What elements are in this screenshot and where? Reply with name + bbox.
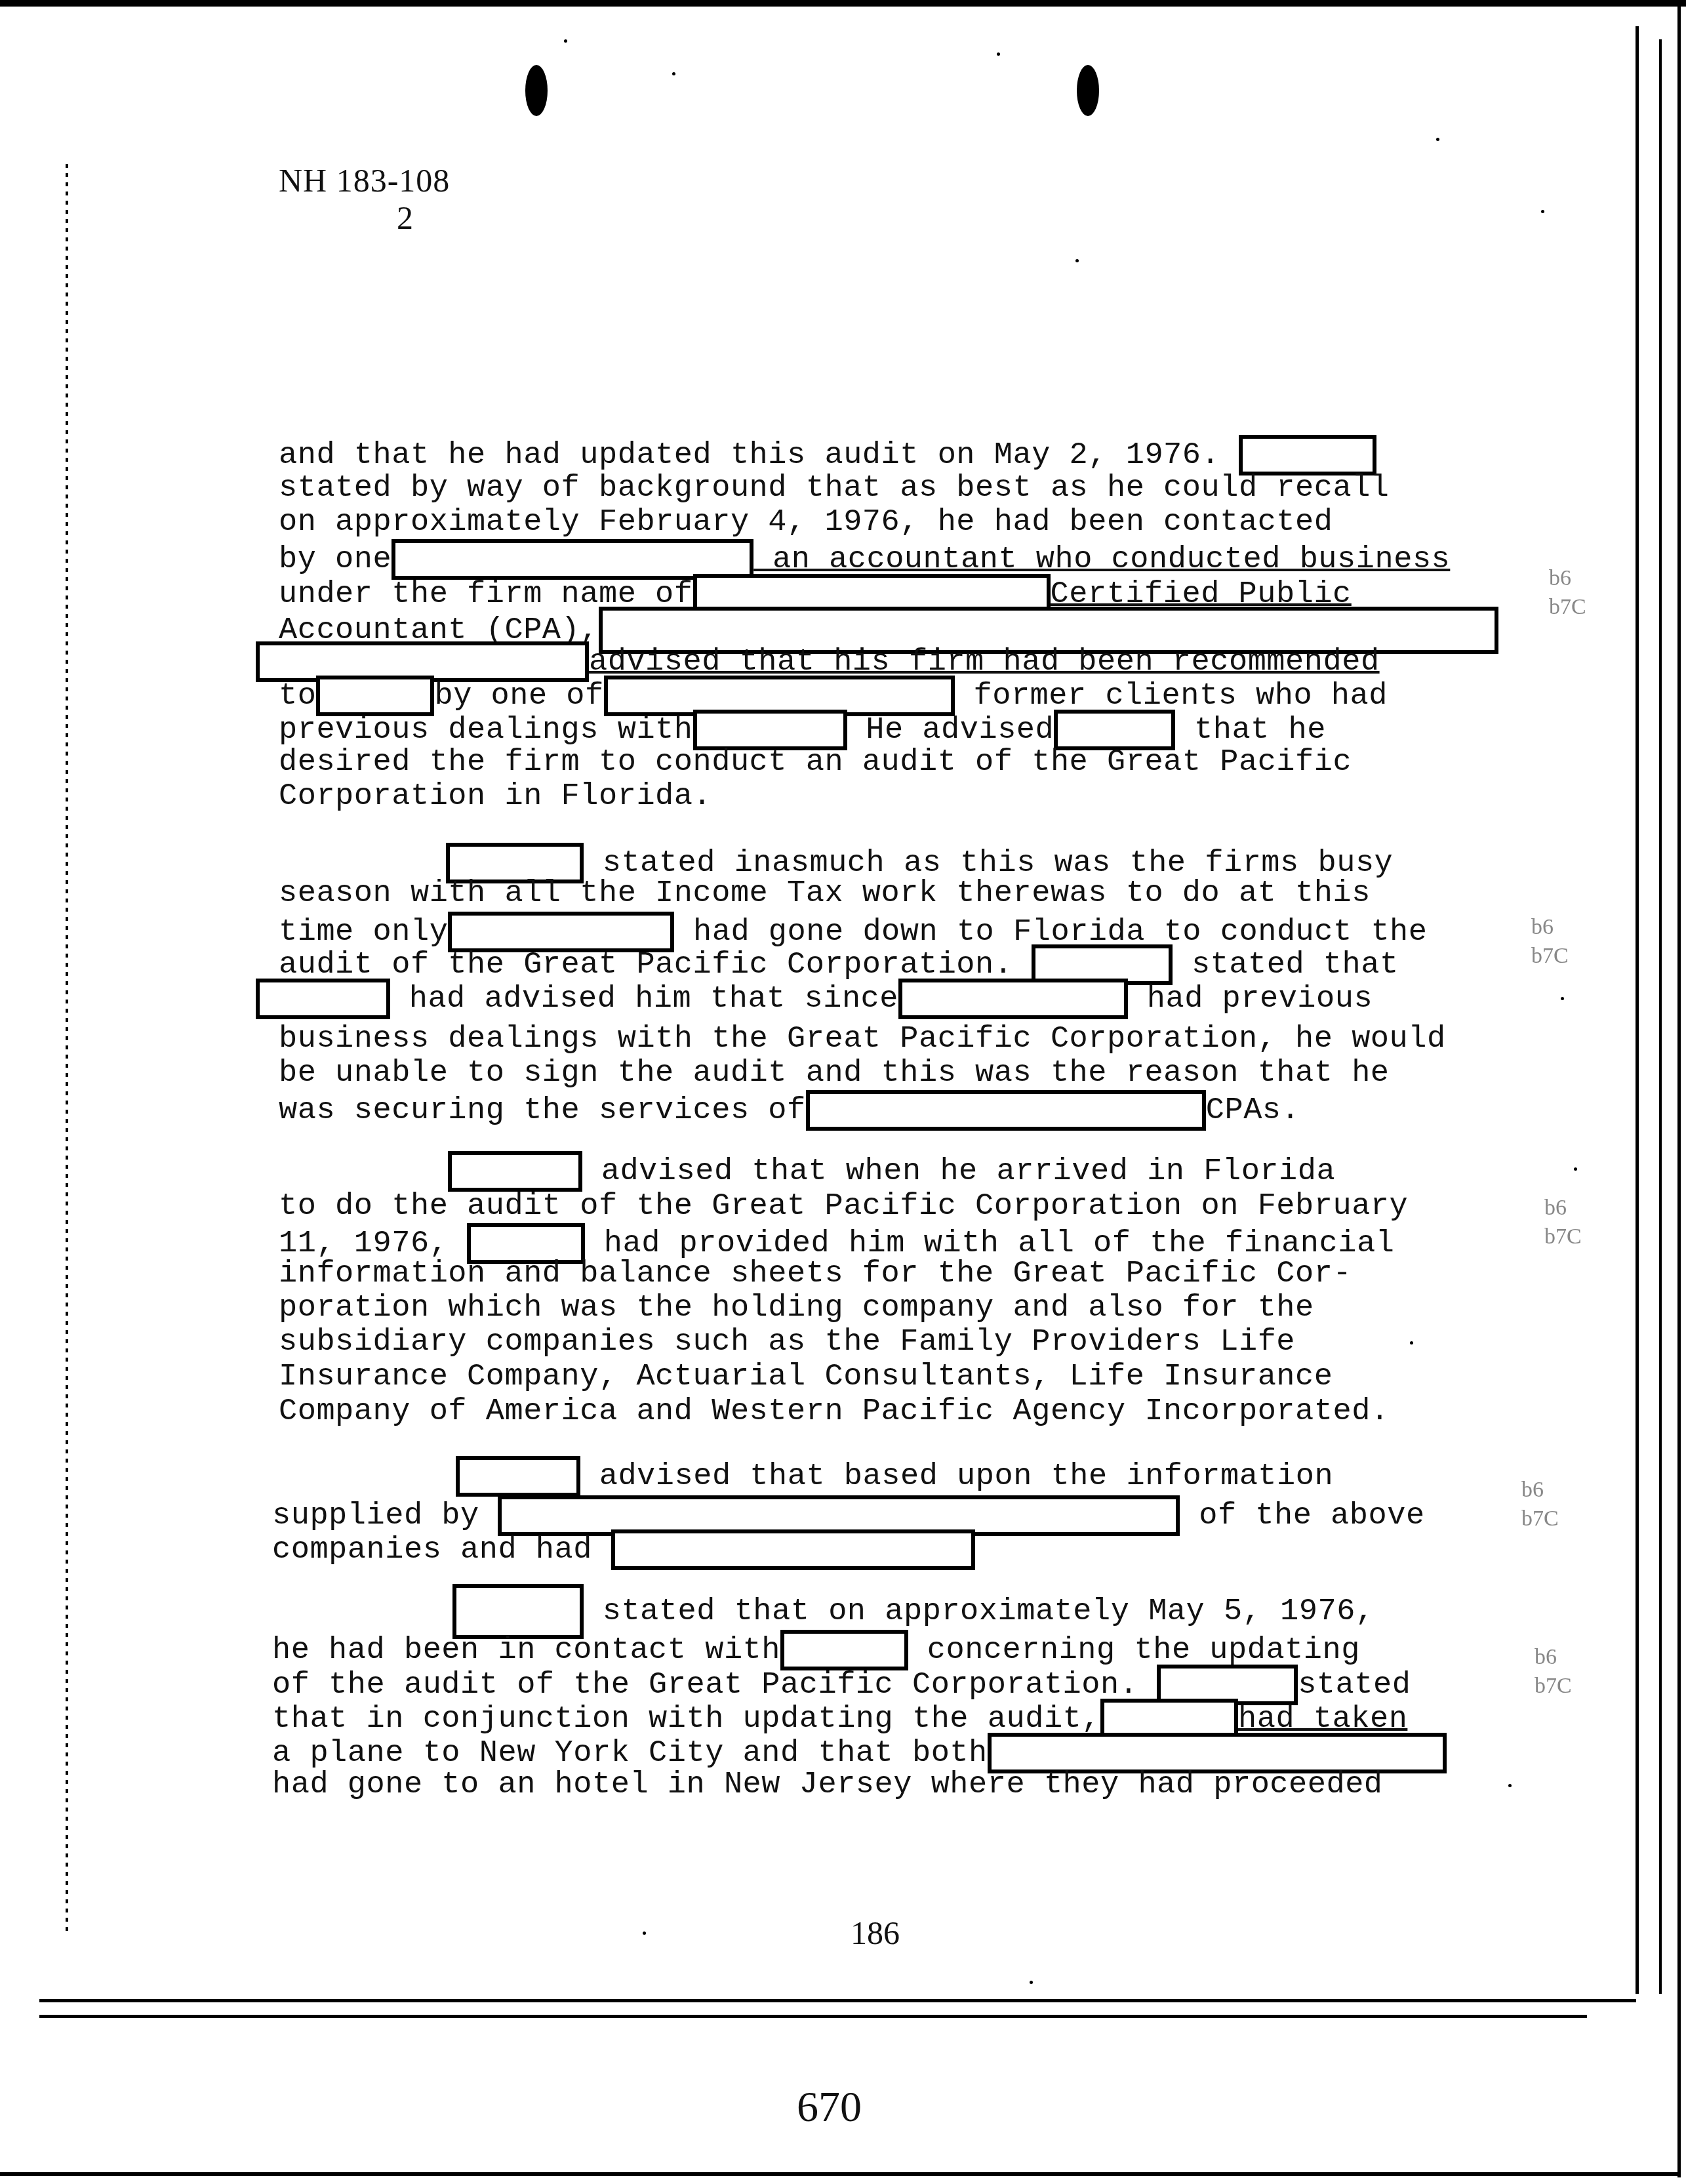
text-line: Corporation in Florida. bbox=[279, 780, 712, 813]
text-run: CPAs. bbox=[1206, 1093, 1300, 1128]
scan-speck bbox=[1561, 997, 1564, 1000]
text-line: Insurance Company, Actuarial Consultants… bbox=[279, 1361, 1333, 1394]
exemption-code-b6: b6 bbox=[1544, 1194, 1582, 1223]
scan-speck bbox=[643, 1931, 646, 1935]
text-run: by one of bbox=[434, 679, 603, 714]
exemption-codes: b6b7C bbox=[1549, 564, 1586, 622]
page-right-border bbox=[1677, 0, 1681, 2177]
text-run: by one bbox=[279, 542, 391, 577]
sheet-edge-line bbox=[1659, 39, 1662, 1994]
text-run: that he bbox=[1175, 713, 1326, 748]
text-line: had gone to an hotel in New Jersey where… bbox=[272, 1769, 1383, 1802]
text-run: concerning the updating bbox=[908, 1633, 1360, 1668]
text-run: companies and had bbox=[272, 1533, 611, 1567]
redaction-box bbox=[806, 1090, 1206, 1131]
text-run: advised that when he arrived in Florida bbox=[582, 1154, 1335, 1189]
text-line: business dealings with the Great Pacific… bbox=[279, 1023, 1446, 1056]
text-run: supplied by bbox=[272, 1499, 498, 1533]
scan-speck bbox=[1541, 210, 1544, 213]
exemption-code-b7c: b7C bbox=[1544, 1223, 1582, 1251]
text-line: companies and had bbox=[272, 1529, 975, 1570]
exemption-codes: b6b7C bbox=[1535, 1643, 1572, 1701]
sheet-edge-line bbox=[1636, 26, 1639, 1994]
text-line: information and balance sheets for the G… bbox=[279, 1258, 1352, 1291]
text-run: of the above bbox=[1180, 1499, 1424, 1533]
text-run: previous dealings with bbox=[279, 713, 693, 748]
scan-speck bbox=[997, 52, 1000, 56]
text-line: to do the audit of the Great Pacific Cor… bbox=[279, 1190, 1408, 1223]
text-run: former clients who had bbox=[955, 679, 1388, 714]
exemption-codes: b6b7C bbox=[1521, 1476, 1559, 1533]
text-run: of the audit of the Great Pacific Corpor… bbox=[272, 1668, 1157, 1703]
redaction-box bbox=[1054, 710, 1175, 750]
scan-speck bbox=[1030, 1981, 1033, 1984]
redaction-box bbox=[611, 1529, 975, 1570]
text-run: a plane to New York City and that both bbox=[272, 1736, 988, 1771]
exemption-code-b6: b6 bbox=[1531, 913, 1569, 942]
redaction-box bbox=[1239, 435, 1376, 475]
text-run: was securing the services of bbox=[279, 1093, 806, 1128]
text-line: and that he had updated this audit on Ma… bbox=[279, 435, 1376, 475]
text-run: stated that on approximately May 5, 1976… bbox=[584, 1594, 1375, 1629]
exemption-code-b6: b6 bbox=[1535, 1643, 1572, 1672]
exemption-codes: b6b7C bbox=[1531, 913, 1569, 971]
text-run: an accountant who conducted business bbox=[753, 542, 1450, 577]
scan-speck bbox=[564, 39, 567, 43]
redaction-box bbox=[898, 979, 1128, 1019]
scan-speck bbox=[1574, 1167, 1577, 1171]
exemption-code-b7c: b7C bbox=[1521, 1505, 1559, 1533]
text-line: subsidiary companies such as the Family … bbox=[279, 1326, 1295, 1359]
text-run: audit of the Great Pacific Corporation. bbox=[279, 948, 1032, 982]
punch-hole-icon bbox=[1077, 65, 1099, 116]
exemption-code-b7c: b7C bbox=[1531, 942, 1569, 971]
scan-speck bbox=[1410, 1341, 1413, 1345]
text-line: desired the firm to conduct an audit of … bbox=[279, 746, 1352, 779]
scan-speck bbox=[1436, 138, 1439, 141]
section-page-marker: 2 bbox=[397, 199, 413, 237]
punch-hole-icon bbox=[525, 65, 548, 116]
sheet-bottom-line bbox=[39, 2015, 1587, 2018]
text-run: he had been in contact with bbox=[272, 1633, 780, 1668]
text-line: Company of America and Western Pacific A… bbox=[279, 1396, 1390, 1428]
text-run: He advised bbox=[847, 713, 1054, 748]
scan-speck bbox=[1508, 1784, 1512, 1787]
text-run: stated bbox=[1298, 1668, 1411, 1703]
text-line: poration which was the holding company a… bbox=[279, 1292, 1314, 1325]
exemption-code-b6: b6 bbox=[1521, 1476, 1559, 1505]
page-number: 186 bbox=[851, 1914, 900, 1952]
exemption-code-b6: b6 bbox=[1549, 564, 1586, 593]
text-run: advised that his firm had been recommend… bbox=[589, 645, 1380, 679]
text-run: stated that bbox=[1173, 948, 1398, 982]
text-line: had advised him that since had previous bbox=[256, 979, 1373, 1019]
redaction-box bbox=[256, 979, 390, 1019]
text-run: that in conjunction with updating the au… bbox=[272, 1702, 1100, 1737]
file-number: NH 183-108 bbox=[279, 161, 450, 199]
text-line: be unable to sign the audit and this was… bbox=[279, 1057, 1390, 1090]
exemption-code-b7c: b7C bbox=[1549, 593, 1586, 622]
text-run: to bbox=[279, 679, 316, 714]
text-line: was securing the services ofCPAs. bbox=[279, 1090, 1300, 1131]
redaction-box bbox=[693, 710, 847, 750]
redaction-box bbox=[456, 1456, 580, 1497]
redaction-box bbox=[448, 1151, 582, 1192]
sheet-bottom-line bbox=[39, 1999, 1636, 2002]
exemption-codes: b6b7C bbox=[1544, 1194, 1582, 1251]
text-line: advised that based upon the information bbox=[456, 1456, 1333, 1497]
text-run: had previous bbox=[1128, 982, 1373, 1017]
text-line: previous dealings with He advised that h… bbox=[279, 710, 1326, 750]
stamp-number: 670 bbox=[797, 2082, 862, 2132]
text-run: advised that based upon the information bbox=[580, 1459, 1333, 1494]
scan-speck bbox=[672, 72, 675, 75]
page-bottom-border bbox=[0, 2172, 1679, 2176]
binding-perforation-line bbox=[66, 164, 68, 1935]
scan-speck bbox=[1075, 259, 1079, 262]
exemption-code-b7c: b7C bbox=[1535, 1672, 1572, 1701]
page-top-border bbox=[0, 0, 1686, 7]
text-run: had advised him that since bbox=[390, 982, 898, 1017]
text-line: on approximately February 4, 1976, he ha… bbox=[279, 506, 1333, 539]
text-line: advised that when he arrived in Florida bbox=[448, 1151, 1335, 1192]
text-run: had taken bbox=[1238, 1702, 1407, 1737]
text-line: season with all the Income Tax work ther… bbox=[279, 878, 1371, 910]
text-line: stated by way of background that as best… bbox=[279, 472, 1390, 505]
text-run: and that he had updated this audit on Ma… bbox=[279, 438, 1239, 473]
